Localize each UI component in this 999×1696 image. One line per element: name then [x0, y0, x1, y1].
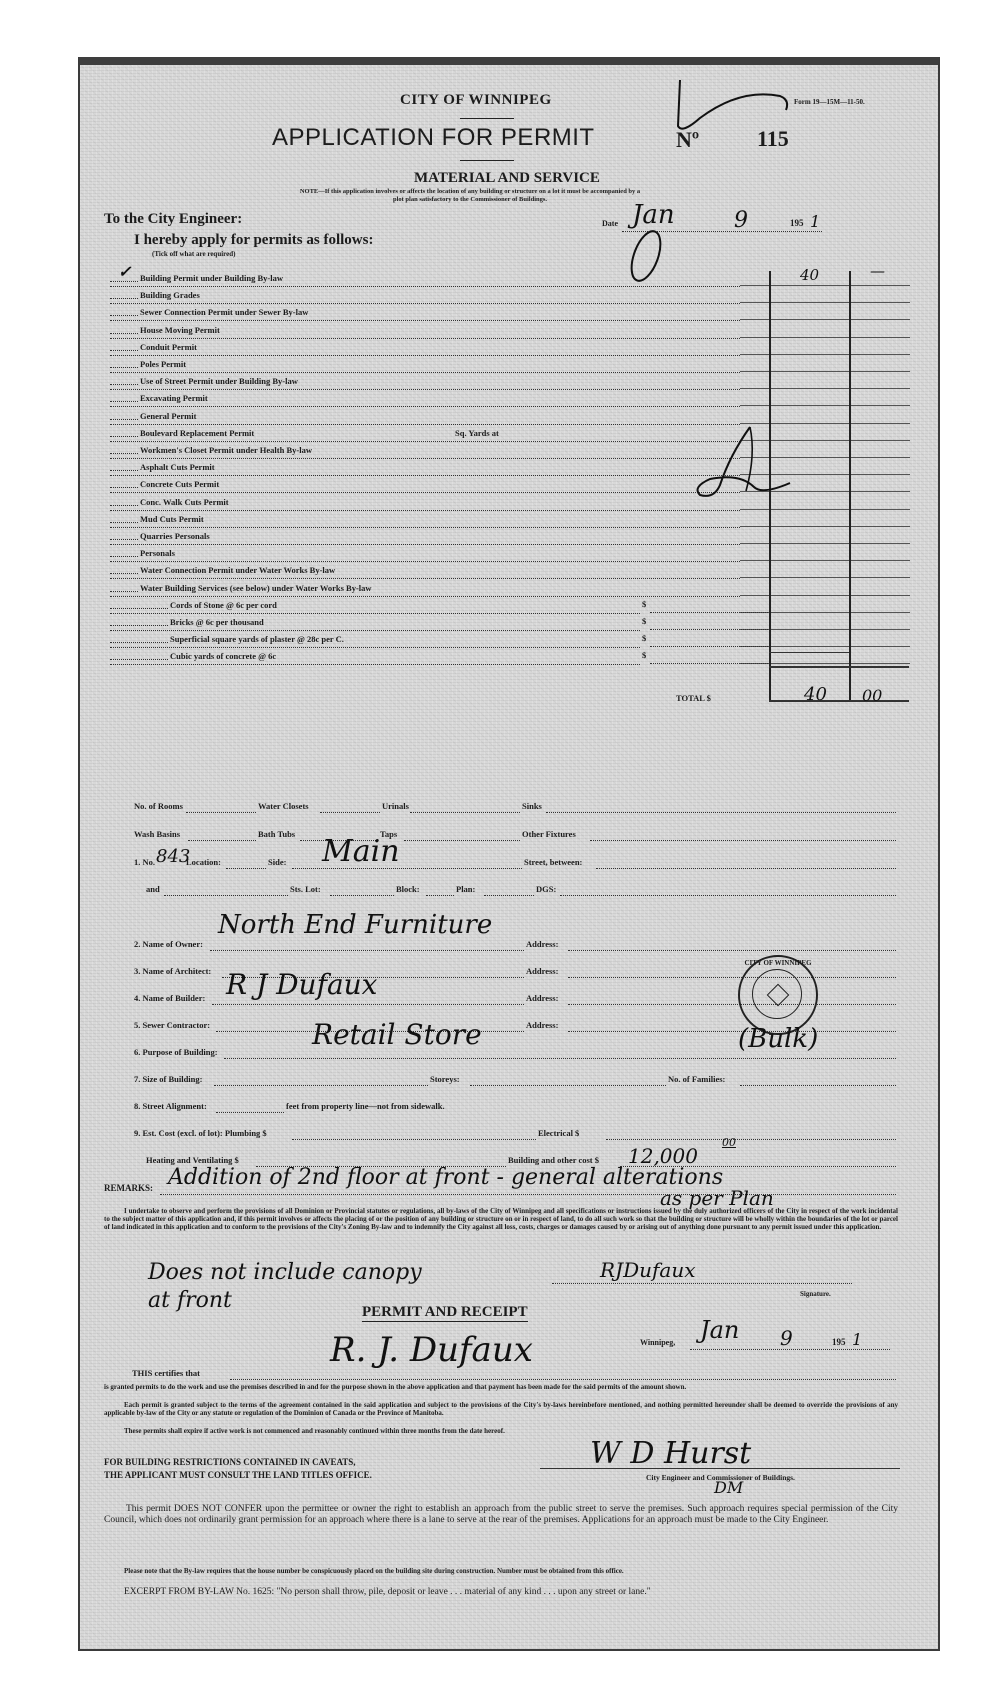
check-mark-icon: ✓ [118, 262, 131, 281]
water-service-row[interactable]: Cords of Stone @ 6c per cord [110, 599, 640, 614]
permit-tick-box[interactable] [110, 375, 138, 385]
sewer-address-label: Address: [526, 1020, 558, 1030]
receipt-date-day: 9 [780, 1326, 793, 1350]
water-service-label: Cubic yards of concrete @ 6c [170, 651, 276, 661]
other-fixtures-label: Other Fixtures [522, 829, 576, 839]
city-heading: CITY OF WINNIPEG [400, 92, 552, 109]
building-permit-fee: 40 [800, 266, 819, 284]
certifies-line[interactable] [230, 1378, 896, 1380]
approach-notice: This permit DOES NOT CONFER upon the per… [104, 1504, 898, 1526]
water-service-amount-line[interactable] [650, 645, 768, 647]
city-seal-stamp: CITY OF WINNIPEG [738, 955, 818, 1035]
fee-row-line [740, 371, 910, 372]
sts-lot-line[interactable] [330, 894, 394, 896]
owner-value: North End Furniture [218, 910, 492, 940]
water-service-tick-box[interactable] [110, 650, 168, 660]
water-service-currency: $ [642, 616, 646, 626]
apply-statement: I hereby apply for permits as follows: [134, 232, 373, 249]
side-label: Side: [268, 857, 286, 867]
permit-label: Use of Street Permit under Building By-l… [140, 376, 298, 386]
permit-tick-box[interactable] [110, 358, 138, 368]
receipt-date-year-prefix: 195 [832, 1337, 846, 1347]
house-number-notice: Please note that the By-law requires tha… [104, 1567, 898, 1575]
addressee: To the City Engineer: [104, 211, 242, 228]
receipt-date-year-suffix: 1 [852, 1330, 862, 1349]
permit-tick-box[interactable]: ✓ [110, 272, 138, 282]
permit-label: Excavating Permit [140, 393, 208, 403]
sinks-line[interactable] [546, 811, 896, 813]
alignment-note: feet from property line—not from sidewal… [286, 1101, 445, 1111]
and-label: and [146, 884, 160, 894]
owner-address-label: Address: [526, 939, 558, 949]
water-closets-label: Water Closets [258, 801, 309, 811]
sewer-contractor-label: 5. Sewer Contractor: [134, 1020, 210, 1030]
alignment-label: 8. Street Alignment: [134, 1101, 207, 1111]
permit-label: House Moving Permit [140, 325, 220, 335]
document-title: APPLICATION FOR PERMIT [272, 124, 595, 152]
house-number-label: 1. No. [134, 857, 155, 867]
permit-tick-box[interactable] [110, 496, 138, 506]
permit-tick-box[interactable] [110, 461, 138, 471]
permit-tick-box[interactable] [110, 444, 138, 454]
street-between-line[interactable] [596, 867, 896, 869]
remarks-label: REMARKS: [104, 1183, 153, 1193]
side-value: Main [322, 834, 400, 869]
heating-cost-label: Heating and Ventilating $ [146, 1155, 239, 1165]
plan-line[interactable] [484, 894, 534, 896]
storeys-line[interactable] [470, 1084, 666, 1086]
water-service-label: Cords of Stone @ 6c per cord [170, 600, 277, 610]
total-dollars: 40 [804, 684, 827, 705]
permit-row[interactable]: House Moving Permit [110, 324, 740, 339]
date-year-prefix: 195 [790, 218, 804, 228]
water-service-amount-line[interactable] [650, 662, 768, 664]
permit-row[interactable]: Use of Street Permit under Building By-l… [110, 375, 740, 390]
location-label: Location: [186, 857, 221, 867]
remarks-handwritten-note-2: at front [148, 1288, 232, 1313]
fee-row-line [740, 388, 910, 389]
permit-label: Workmen's Closet Permit under Health By-… [140, 445, 312, 455]
permit-label: Personals [140, 548, 175, 558]
block-line[interactable] [426, 894, 454, 896]
stamp-diamond-icon [767, 984, 790, 1007]
location-line[interactable] [226, 867, 266, 869]
permit-label: Concrete Cuts Permit [140, 479, 219, 489]
permit-tick-box[interactable] [110, 513, 138, 523]
electrical-cost-line[interactable] [606, 1138, 896, 1140]
signature-label: Signature. [800, 1290, 831, 1298]
permit-row[interactable]: Quarries Personals [110, 530, 740, 545]
water-service-row[interactable]: Cubic yards of concrete @ 6c [110, 650, 640, 665]
permit-row[interactable]: Asphalt Cuts Permit [110, 461, 740, 476]
stamp-inner-ring [752, 969, 802, 1019]
owner-line[interactable] [210, 949, 524, 951]
dgs-label: DGS: [536, 884, 556, 894]
remarks-handwritten-note-1: Does not include canopy [148, 1260, 422, 1285]
fee-row-line [740, 337, 910, 338]
and-line[interactable] [164, 894, 288, 896]
storeys-label: Storeys: [430, 1074, 460, 1084]
undertaking-paragraph: I undertake to observe and perform the p… [104, 1207, 898, 1231]
fee-row-line [740, 354, 910, 355]
permit-label: Conc. Walk Cuts Permit [140, 497, 229, 507]
permit-row[interactable]: Excavating Permit [110, 392, 740, 407]
fee-row-line [740, 560, 910, 561]
purpose-line[interactable] [224, 1057, 896, 1059]
receipt-paragraph-3: These permits shall expire if active wor… [104, 1427, 898, 1435]
permit-tick-box[interactable] [110, 564, 138, 574]
permit-number: 115 [757, 126, 789, 152]
permit-tick-box[interactable] [110, 324, 138, 334]
plumbing-cost-line[interactable] [292, 1138, 536, 1140]
engineer-signature: W D Hurst [590, 1436, 751, 1471]
sinks-label: Sinks [522, 801, 542, 811]
certifies-value: R. J. Dufaux [330, 1330, 533, 1370]
plan-label: Plan: [456, 884, 475, 894]
dgs-line[interactable] [560, 894, 896, 896]
sts-lot-label: Sts. Lot: [290, 884, 321, 894]
permit-label: Asphalt Cuts Permit [140, 462, 215, 472]
fee-row-line [740, 302, 910, 303]
receipt-winnipeg-label: Winnipeg, [640, 1338, 675, 1347]
urinals-label: Urinals [382, 801, 409, 811]
permit-row[interactable]: Mud Cuts Permit [110, 513, 740, 528]
builder-value: R J Dufaux [226, 968, 377, 1001]
water-service-label: Bricks @ 6c per thousand [170, 617, 264, 627]
fee-row-line [740, 595, 910, 596]
subtotal-line [769, 652, 849, 653]
size-label: 7. Size of Building: [134, 1074, 202, 1084]
sewer-address-line[interactable] [568, 1030, 896, 1032]
engineer-initials: DM [714, 1478, 743, 1497]
date-month: Jan [632, 200, 675, 230]
receipt-date-month: Jan [700, 1316, 739, 1344]
subtitle: MATERIAL AND SERVICE [414, 170, 600, 187]
street-between-label: Street, between: [524, 857, 582, 867]
total-bottom-line [769, 700, 909, 702]
building-cost-cents: 00 [722, 1136, 736, 1149]
permit-row[interactable]: Sewer Connection Permit under Sewer By-l… [110, 306, 740, 321]
permit-row[interactable]: General Permit [110, 410, 740, 425]
permit-tick-box[interactable] [110, 530, 138, 540]
permit-row[interactable]: Workmen's Closet Permit under Health By-… [110, 444, 740, 459]
permit-extra-label: Sq. Yards at [455, 427, 499, 439]
owner-address-line[interactable] [568, 949, 896, 951]
stamp-handwritten-note: (Bulk) [738, 1024, 818, 1054]
total-cents: 00 [862, 686, 882, 705]
handwritten-ditto-mark [690, 425, 800, 515]
divider [460, 160, 514, 161]
fee-row-line [740, 319, 910, 320]
water-service-tick-box[interactable] [110, 616, 168, 626]
purpose-value: Retail Store [312, 1018, 482, 1051]
permit-row[interactable]: ✓Building Permit under Building By-law [110, 272, 740, 287]
fee-row-line [740, 577, 910, 578]
urinals-line[interactable] [410, 811, 520, 813]
permit-tick-box[interactable] [110, 410, 138, 420]
remarks-line-1: Addition of 2nd floor at front - general… [168, 1165, 723, 1190]
builder-label: 4. Name of Builder: [134, 993, 205, 1003]
water-service-row[interactable]: Superficial square yards of plaster @ 28… [110, 633, 640, 648]
receipt-heading: PERMIT AND RECEIPT [362, 1304, 528, 1322]
water-service-tick-box[interactable] [110, 599, 168, 609]
bylaw-excerpt: EXCERPT FROM BY-LAW No. 1625: "No person… [104, 1587, 898, 1598]
water-service-row[interactable]: Bricks @ 6c per thousand [110, 616, 640, 631]
caveat-line-1: FOR BUILDING RESTRICTIONS CONTAINED IN C… [104, 1457, 356, 1467]
permit-label: Sewer Connection Permit under Sewer By-l… [140, 307, 308, 317]
permit-tick-box[interactable] [110, 306, 138, 316]
water-service-tick-box[interactable] [110, 633, 168, 643]
permit-row[interactable]: Poles Permit [110, 358, 740, 373]
builder-address-label: Address: [526, 993, 558, 1003]
permit-number-label: Nº [676, 127, 699, 153]
permit-tick-box[interactable] [110, 392, 138, 402]
permit-label: Quarries Personals [140, 531, 210, 541]
fee-row-line [740, 526, 910, 527]
plumbing-cost-label: 9. Est. Cost (excl. of lot): Plumbing $ [134, 1128, 267, 1138]
builder-line[interactable] [212, 1003, 524, 1005]
wash-basins-line[interactable] [188, 839, 256, 841]
wash-basins-label: Wash Basins [134, 829, 180, 839]
permit-label: Boulevard Replacement Permit [140, 428, 254, 438]
permit-row[interactable]: Conc. Walk Cuts Permit [110, 496, 740, 511]
purpose-label: 6. Purpose of Building: [134, 1047, 218, 1057]
families-label: No. of Families: [668, 1074, 725, 1084]
owner-label: 2. Name of Owner: [134, 939, 203, 949]
building-cost-label: Building and other cost $ [508, 1155, 599, 1165]
permit-label: Water Connection Permit under Water Work… [140, 565, 335, 575]
water-service-label: Superficial square yards of plaster @ 28… [170, 634, 344, 644]
date-year-suffix: 1 [810, 212, 820, 231]
water-service-amount-line[interactable] [650, 628, 768, 630]
permit-label: Building Grades [140, 290, 200, 300]
date-day: 9 [734, 208, 748, 233]
permit-tick-box[interactable] [110, 289, 138, 299]
total-line [769, 666, 909, 668]
receipt-paragraph-1: is granted permits to do the work and us… [104, 1383, 898, 1391]
bath-tubs-label: Bath Tubs [258, 829, 295, 839]
other-fixtures-line[interactable] [590, 839, 896, 841]
note-line-2: plot plan satisfactory to the Commission… [140, 196, 800, 204]
permit-label: Conduit Permit [140, 342, 197, 352]
engineer-signature-line [540, 1468, 900, 1469]
fee-row-line [740, 285, 910, 286]
permit-row[interactable]: Concrete Cuts Permit [110, 478, 740, 493]
building-permit-fee-cents: — [870, 262, 885, 280]
divider [460, 118, 514, 119]
rooms-label: No. of Rooms [134, 801, 183, 811]
cents-column-divider [849, 271, 851, 701]
architect-address-label: Address: [526, 966, 558, 976]
taps-line[interactable] [404, 839, 520, 841]
permit-tick-box[interactable] [110, 582, 138, 592]
permit-tick-box[interactable] [110, 478, 138, 488]
permit-label: Building Permit under Building By-law [140, 273, 283, 283]
permit-row[interactable]: Boulevard Replacement PermitSq. Yards at [110, 427, 740, 442]
families-line[interactable] [740, 1084, 896, 1086]
fee-row-line [740, 405, 910, 406]
date-label: Date [602, 219, 618, 228]
total-label: TOTAL $ [676, 693, 711, 703]
alignment-line[interactable] [216, 1111, 284, 1113]
block-label: Block: [396, 884, 420, 894]
electrical-cost-label: Electrical $ [538, 1128, 579, 1138]
permit-row[interactable]: Personals [110, 547, 740, 562]
water-closets-line[interactable] [320, 811, 380, 813]
water-service-amount-line[interactable] [650, 611, 768, 613]
permit-label: General Permit [140, 411, 196, 421]
applicant-signature-line[interactable] [552, 1282, 852, 1284]
architect-label: 3. Name of Architect: [134, 966, 211, 976]
tick-note: (Tick off what are required) [152, 250, 235, 258]
fee-row-line [740, 543, 910, 544]
size-line[interactable] [214, 1084, 428, 1086]
builder-address-line[interactable] [568, 1003, 896, 1005]
permit-label: Mud Cuts Permit [140, 514, 204, 524]
form-number: Form 19—15M—11-50. [794, 98, 865, 106]
permit-tick-box[interactable] [110, 427, 138, 437]
certifies-label: THIS certifies that [132, 1368, 200, 1378]
permit-row[interactable]: Conduit Permit [110, 341, 740, 356]
caveat-line-2: THE APPLICANT MUST CONSULT THE LAND TITL… [104, 1470, 372, 1480]
permit-row[interactable]: Water Connection Permit under Water Work… [110, 564, 740, 579]
plot-plan-note: NOTE—If this application involves or aff… [140, 188, 800, 204]
architect-address-line[interactable] [568, 976, 896, 978]
permit-row[interactable]: Water Building Services (see below) unde… [110, 582, 740, 597]
permit-label: Water Building Services (see below) unde… [140, 583, 372, 593]
permit-tick-box[interactable] [110, 341, 138, 351]
permit-tick-box[interactable] [110, 547, 138, 557]
water-service-currency: $ [642, 650, 646, 660]
remarks-line[interactable] [160, 1193, 896, 1195]
stamp-text: CITY OF WINNIPEG [740, 959, 816, 967]
permit-row[interactable]: Building Grades [110, 289, 740, 304]
rooms-line[interactable] [186, 811, 256, 813]
receipt-paragraph-2: Each permit is granted subject to the te… [104, 1401, 898, 1417]
water-service-currency: $ [642, 633, 646, 643]
note-line-1: NOTE—If this application involves or aff… [140, 188, 800, 196]
permit-label: Poles Permit [140, 359, 186, 369]
applicant-signature: RJDufaux [600, 1258, 695, 1282]
water-service-currency: $ [642, 599, 646, 609]
fee-row-line [740, 423, 910, 424]
